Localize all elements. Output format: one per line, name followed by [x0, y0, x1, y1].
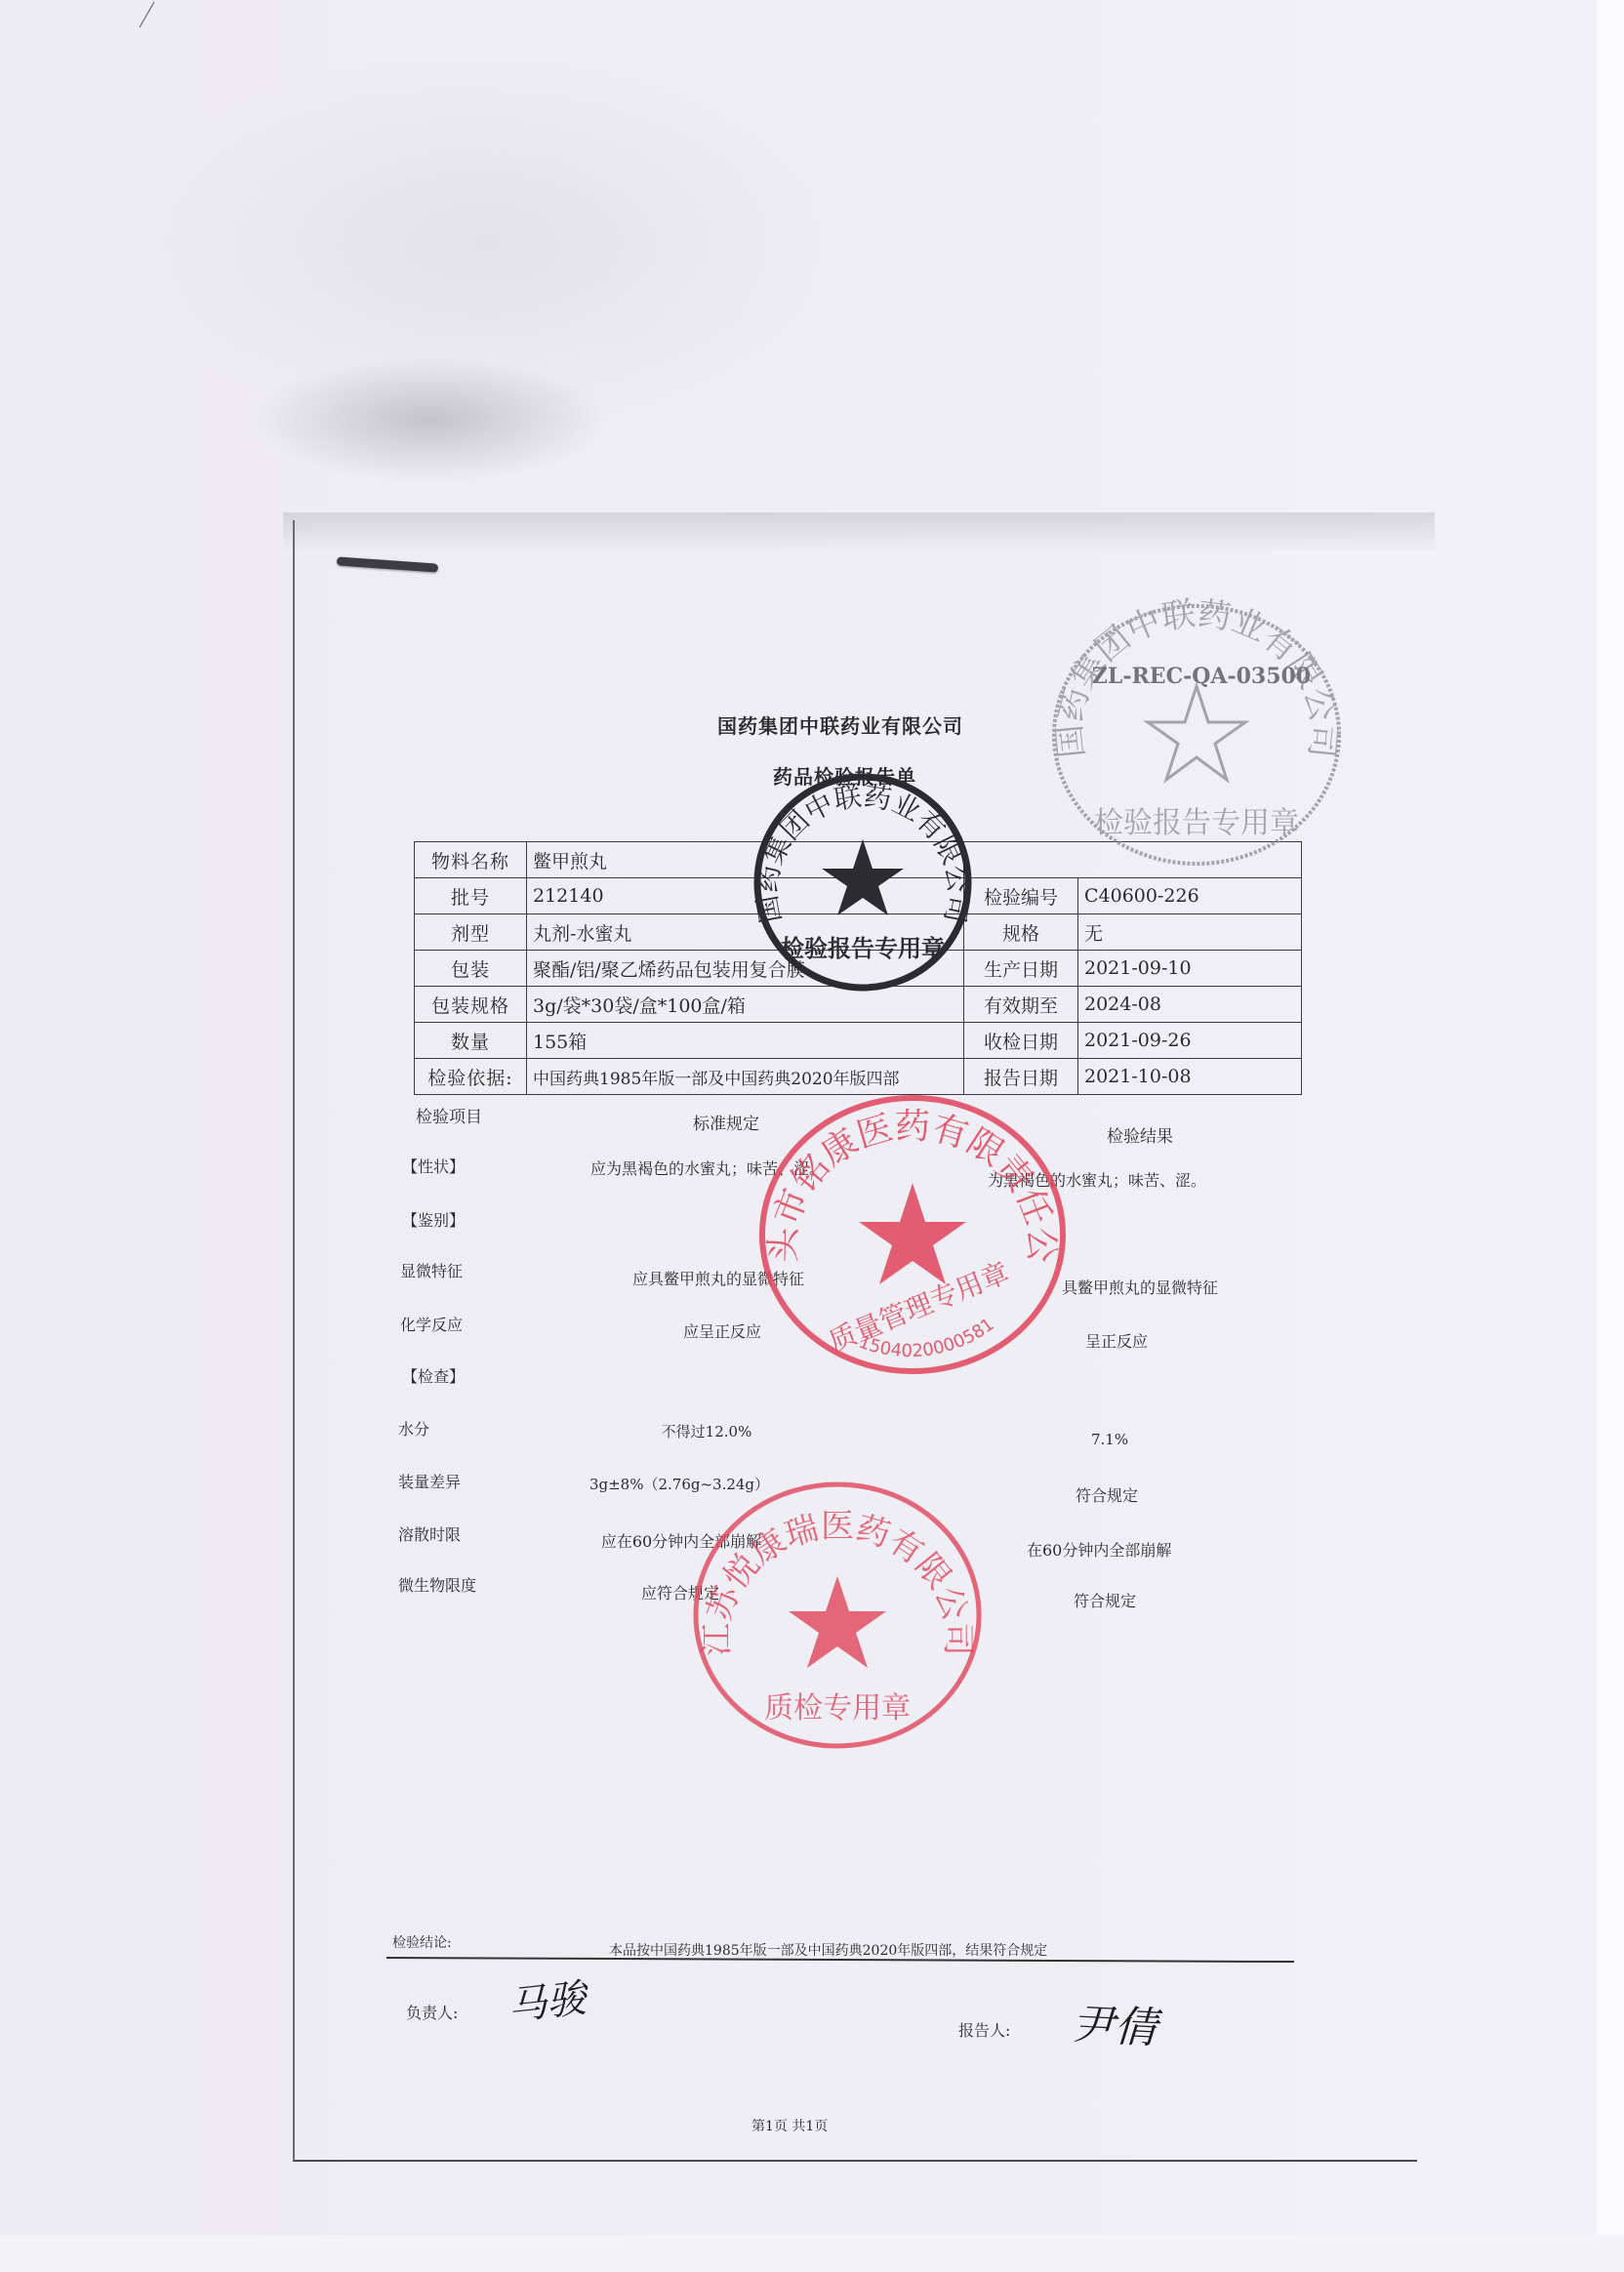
value-test-number: C40600-226 — [1078, 878, 1302, 914]
test-item: 化学反应 — [400, 1313, 463, 1335]
test-item: 装量差异 — [398, 1470, 461, 1492]
responsible-signature: 马骏 — [505, 1968, 589, 2031]
test-item: 显微特征 — [400, 1259, 463, 1281]
scanner-edge — [1597, 0, 1624, 2272]
test-result: 符合规定 — [1076, 1483, 1138, 1506]
header-standard: 标准规定 — [693, 1110, 759, 1134]
scanner-edge-bottom — [0, 2235, 1624, 2272]
value-test-basis: 中国药典1985年版一部及中国药典2020年版四部 — [527, 1059, 964, 1095]
label-packaging: 包装 — [415, 951, 527, 987]
conclusion-text: 本品按中国药典1985年版一部及中国药典2020年版四部，结果符合规定 — [609, 1940, 1047, 1960]
test-result: 具鳖甲煎丸的显微特征 — [1062, 1276, 1218, 1298]
svg-text:质检专用章: 质检专用章 — [764, 1691, 911, 1725]
reporter-signature: 尹倩 — [1070, 1989, 1158, 2056]
test-item: 【检查】 — [402, 1364, 465, 1387]
value-production-date: 2021-09-10 — [1078, 951, 1302, 987]
test-standard: 不得过12.0% — [560, 1421, 853, 1441]
reporter-label: 报告人: — [958, 2018, 1010, 2041]
svg-text:ZL-REC-QA-03500: ZL-REC-QA-03500 — [1092, 664, 1311, 689]
label-material-name: 物料名称 — [415, 842, 527, 878]
label-spec: 规格 — [964, 914, 1078, 951]
test-item: 微生物限度 — [398, 1573, 476, 1596]
inspection-seal-black: 国药集团中联药业有限公司 检验报告专用章 — [751, 771, 974, 994]
label-batch: 批号 — [415, 878, 527, 914]
svg-text:检验报告专用章: 检验报告专用章 — [1094, 806, 1299, 840]
test-result: 在60分钟内全部崩解 — [1027, 1538, 1171, 1561]
conclusion-label: 检验结论: — [392, 1932, 452, 1952]
page-number: 第1页 共1页 — [751, 2116, 828, 2135]
test-standard: 应呈正反应 — [683, 1319, 761, 1342]
seal-icon: 江苏悦康瑞医药有限公司 质检专用章 — [691, 1479, 984, 1752]
value-quantity: 155箱 — [527, 1023, 964, 1059]
test-item: 【鉴别】 — [402, 1208, 465, 1231]
seal-icon: 包头市铭康医药有限责任公司 质量管理专用章 1504020000581 — [756, 1093, 1069, 1376]
test-item: 溶散时限 — [398, 1522, 461, 1545]
qc-seal-red: 江苏悦康瑞医药有限公司 质检专用章 — [691, 1479, 984, 1752]
label-expiry: 有效期至 — [964, 987, 1078, 1023]
test-item: 【性状】 — [402, 1155, 465, 1177]
inspection-seal-gray: 国药集团中联药业有限公司 ZL-REC-QA-03500 检验报告专用章 — [1050, 603, 1343, 867]
seal-icon: 国药集团中联药业有限公司 检验报告专用章 — [751, 771, 974, 994]
label-test-basis: 检验依据: — [415, 1059, 527, 1095]
test-result: 呈正反应 — [1085, 1329, 1148, 1352]
label-received-date: 收检日期 — [964, 1023, 1078, 1059]
label-package-spec: 包装规格 — [415, 987, 527, 1023]
table-row: 检验依据: 中国药典1985年版一部及中国药典2020年版四部 报告日期 202… — [415, 1059, 1302, 1095]
table-row: 数量 155箱 收检日期 2021-09-26 — [415, 1023, 1302, 1059]
label-production-date: 生产日期 — [964, 951, 1078, 987]
label-report-date: 报告日期 — [964, 1059, 1078, 1095]
quality-seal-red: 包头市铭康医药有限责任公司 质量管理专用章 1504020000581 — [756, 1093, 1069, 1376]
label-quantity: 数量 — [415, 1023, 527, 1059]
value-spec: 无 — [1078, 914, 1302, 951]
test-result: 符合规定 — [1074, 1589, 1136, 1611]
header-result: 检验结果 — [1107, 1122, 1173, 1147]
responsible-label: 负责人: — [406, 2001, 458, 2023]
value-received-date: 2021-09-26 — [1078, 1023, 1302, 1059]
company-name: 国药集团中联药业有限公司 — [717, 710, 963, 739]
label-dosage-form: 剂型 — [415, 914, 527, 951]
svg-text:检验报告专用章: 检验报告专用章 — [781, 935, 945, 962]
value-report-date: 2021-10-08 — [1078, 1059, 1302, 1095]
value-expiry: 2024-08 — [1078, 987, 1302, 1023]
header-test-item: 检验项目 — [416, 1103, 482, 1127]
seal-icon: 国药集团中联药业有限公司 ZL-REC-QA-03500 检验报告专用章 — [1050, 603, 1343, 867]
test-result: 7.1% — [1091, 1431, 1128, 1448]
test-item: 水分 — [398, 1417, 429, 1440]
label-test-number: 检验编号 — [964, 878, 1078, 914]
